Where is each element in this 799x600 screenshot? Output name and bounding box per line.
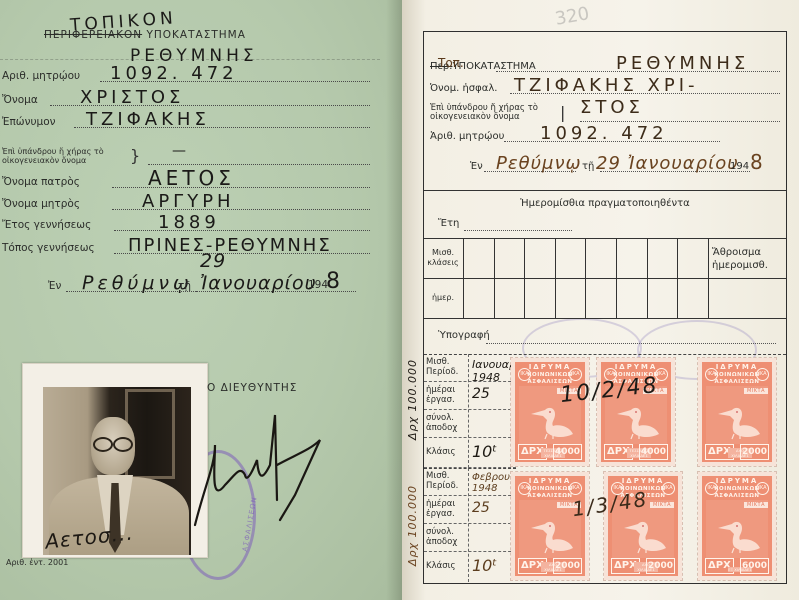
field-insured-name: Ὀνομ. ἠσφαλ. ΤΖΙΦΑΚΗΣ ΧΡΙ- xyxy=(430,78,780,96)
years-field xyxy=(464,230,572,231)
pelican-icon xyxy=(615,402,661,440)
photo-card: Αετοσ... xyxy=(22,363,208,558)
stamp-type: ΜΙΚΤΑ xyxy=(744,388,768,394)
field-married-name: Ἐπὶ ὑπάνδρου ἤ χήρας τὸ οἰκογενειακὸν ὄν… xyxy=(430,100,780,124)
director-label: Ο ΔΙΕΥΘΥΝΤΗΣ xyxy=(207,382,297,394)
field-birth-year: Ἔτος γεννήσεως 1889 xyxy=(2,215,370,233)
pelican-icon xyxy=(529,516,575,554)
divider xyxy=(424,190,786,191)
pelican-icon xyxy=(716,402,762,440)
divider xyxy=(0,59,380,60)
insurance-stamp: ΙΚΑΙΚΑΙΔΡΥΜΑΚΟΙΝΩΝΙΚΩΝΑΣΦΑΛΙΣΕΩΝΜΙΚΤΑΔΡΧ… xyxy=(511,358,589,466)
margin-note-1: Δρχ 100.000 xyxy=(406,359,419,440)
field-branch: Περ.ΥΠΟΚΑΤΑΣΤΗΜΑ Τοπ. ΡΕΘΥΜΝΗΣ xyxy=(430,56,780,74)
insurance-card-left-page: ΠΕΡΙΦΕΡΕΙΑΚΟΝ ΥΠΟΚΑΤΑΣΤΗΜΑ ΤΟΠΙΚΟΝ ΡΕΘΥΜ… xyxy=(0,0,402,600)
stamp-amount: 2000 xyxy=(553,558,582,574)
field-registry-number: Αριθ. μητρῴου 1092. 472 xyxy=(2,66,370,84)
insurance-stamp: ΙΚΑΙΚΑΙΔΡΥΜΑΚΟΙΝΩΝΙΚΩΝΑΣΦΑΛΙΣΕΩΝΜΙΚΤΑΔΡΧ… xyxy=(698,472,776,580)
insurance-stamp: ΙΚΑΙΚΑΙΔΡΥΜΑΚΟΙΝΩΝΙΚΩΝΑΣΦΑΛΙΣΕΩΝΜΙΚΤΑΔΡΧ… xyxy=(698,358,776,466)
margin-note-2: Δρχ 100.000 xyxy=(406,485,419,566)
insurance-stamp: ΙΚΑΙΚΑΙΔΡΥΜΑΚΟΙΝΩΝΙΚΩΝΑΣΦΑΛΙΣΕΩΝΜΙΚΤΑΔΡΧ… xyxy=(511,472,589,580)
signature-field xyxy=(486,343,776,344)
stamp-issuer: ΙΔΡΥΜΑΚΟΙΝΩΝΙΚΩΝΑΣΦΑΛΙΣΕΩΝ xyxy=(702,364,772,386)
pelican-icon xyxy=(716,516,762,554)
holder-photo: Αετοσ... xyxy=(43,387,191,555)
insurance-card-right-page: 320 Περ.ΥΠΟΚΑΤΑΣΤΗΜΑ Τοπ. ΡΕΘΥΜΝΗΣ Ὀνομ.… xyxy=(402,0,799,600)
stamp-type: ΜΙΚΤΑ xyxy=(744,502,768,508)
wages-section-title: Ἡμερομίσθια πραγματοποιηθέντα xyxy=(424,198,786,209)
stamp-amount: 4000 xyxy=(553,444,582,460)
years-label: Ἔτη xyxy=(438,218,459,229)
class-cell: Κλάσις10ᵗ xyxy=(424,552,516,582)
stamp-issuer: ΙΔΡΥΜΑΚΟΙΝΩΝΙΚΩΝΑΣΦΑΛΙΣΕΩΝ xyxy=(702,478,772,500)
wage-class-row: Μισθ. κλάσεις Ἄθροισμα ἡμερομισθ. xyxy=(424,238,786,278)
pelican-icon xyxy=(529,402,575,440)
field-registry-number: Ἀριθ. μητρῴου 1092. 472 xyxy=(430,126,780,144)
days-row: ἡμερ. xyxy=(424,278,786,318)
field-father-name: Ὄνομα πατρὸς ΑΕΤΟΣ xyxy=(2,172,370,190)
signature-label: Ὑπογραφή xyxy=(438,330,490,341)
period-block-2: Μισθ. Περίοδ.Φεβρουαρ. 1948 ἡμέραι ἐργασ… xyxy=(424,468,516,582)
stamp-amount: 2000 xyxy=(740,444,769,460)
workdays-cell: ἡμέραι ἐργασ.25 xyxy=(424,496,516,524)
period-cell: Μισθ. Περίοδ.Ιανουαρ. 1948 xyxy=(424,354,516,382)
issue-date: Ἐν Ρεθύμνῳ τῇ 29 Ἰανουαρίου 194 8 xyxy=(470,156,770,174)
stamp-amount: 4000 xyxy=(639,444,668,460)
field-mother-name: Ὄνομα μητρὸς ΑΡΓΥΡΗ xyxy=(2,194,370,212)
period-cell: Μισθ. Περίοδ.Φεβρουαρ. 1948 xyxy=(424,468,516,496)
stamp-amount: 2000 xyxy=(646,558,675,574)
period-block-1: Μισθ. Περίοδ.Ιανουαρ. 1948 ἡμέραι ἐργασ.… xyxy=(424,354,516,468)
stamp-amount: 6000 xyxy=(740,558,769,574)
workdays-cell: ἡμέραι ἐργασ.25 xyxy=(424,382,516,410)
total-earnings-cell: σύνολ. ἀποδοχ xyxy=(424,524,516,552)
total-days-label: Ἄθροισμα ἡμερομισθ. xyxy=(712,246,782,272)
total-earnings-cell: σύνολ. ἀποδοχ xyxy=(424,410,516,438)
field-first-name: Ὄνομα ΧΡΙΣΤΟΣ xyxy=(2,90,370,108)
stamp-type: ΜΙΚΤΑ xyxy=(650,502,674,508)
pencil-number: 320 xyxy=(553,3,590,30)
director-signature-icon xyxy=(185,405,325,545)
entry-number: Αριθ. ἐντ. 2001 xyxy=(6,558,68,567)
issue-date: Ἐν Ρεθύμνῳ τῇ 29 Ἰανουαρίου 194 8 xyxy=(48,270,348,294)
field-married-name: Ἐπὶ ὑπάνδρου ἤ χήρας τὸ οἰκογενειακὸν ὄν… xyxy=(2,143,370,167)
class-cell: Κλάσις10ᵗ xyxy=(424,438,516,468)
branch-header-label: ΥΠΟΚΑΤΑΣΤΗΜΑ xyxy=(146,29,245,41)
field-surname: Ἐπώνυμον ΤΖΙΦΑΚΗΣ xyxy=(2,112,370,130)
pelican-icon xyxy=(622,516,668,554)
